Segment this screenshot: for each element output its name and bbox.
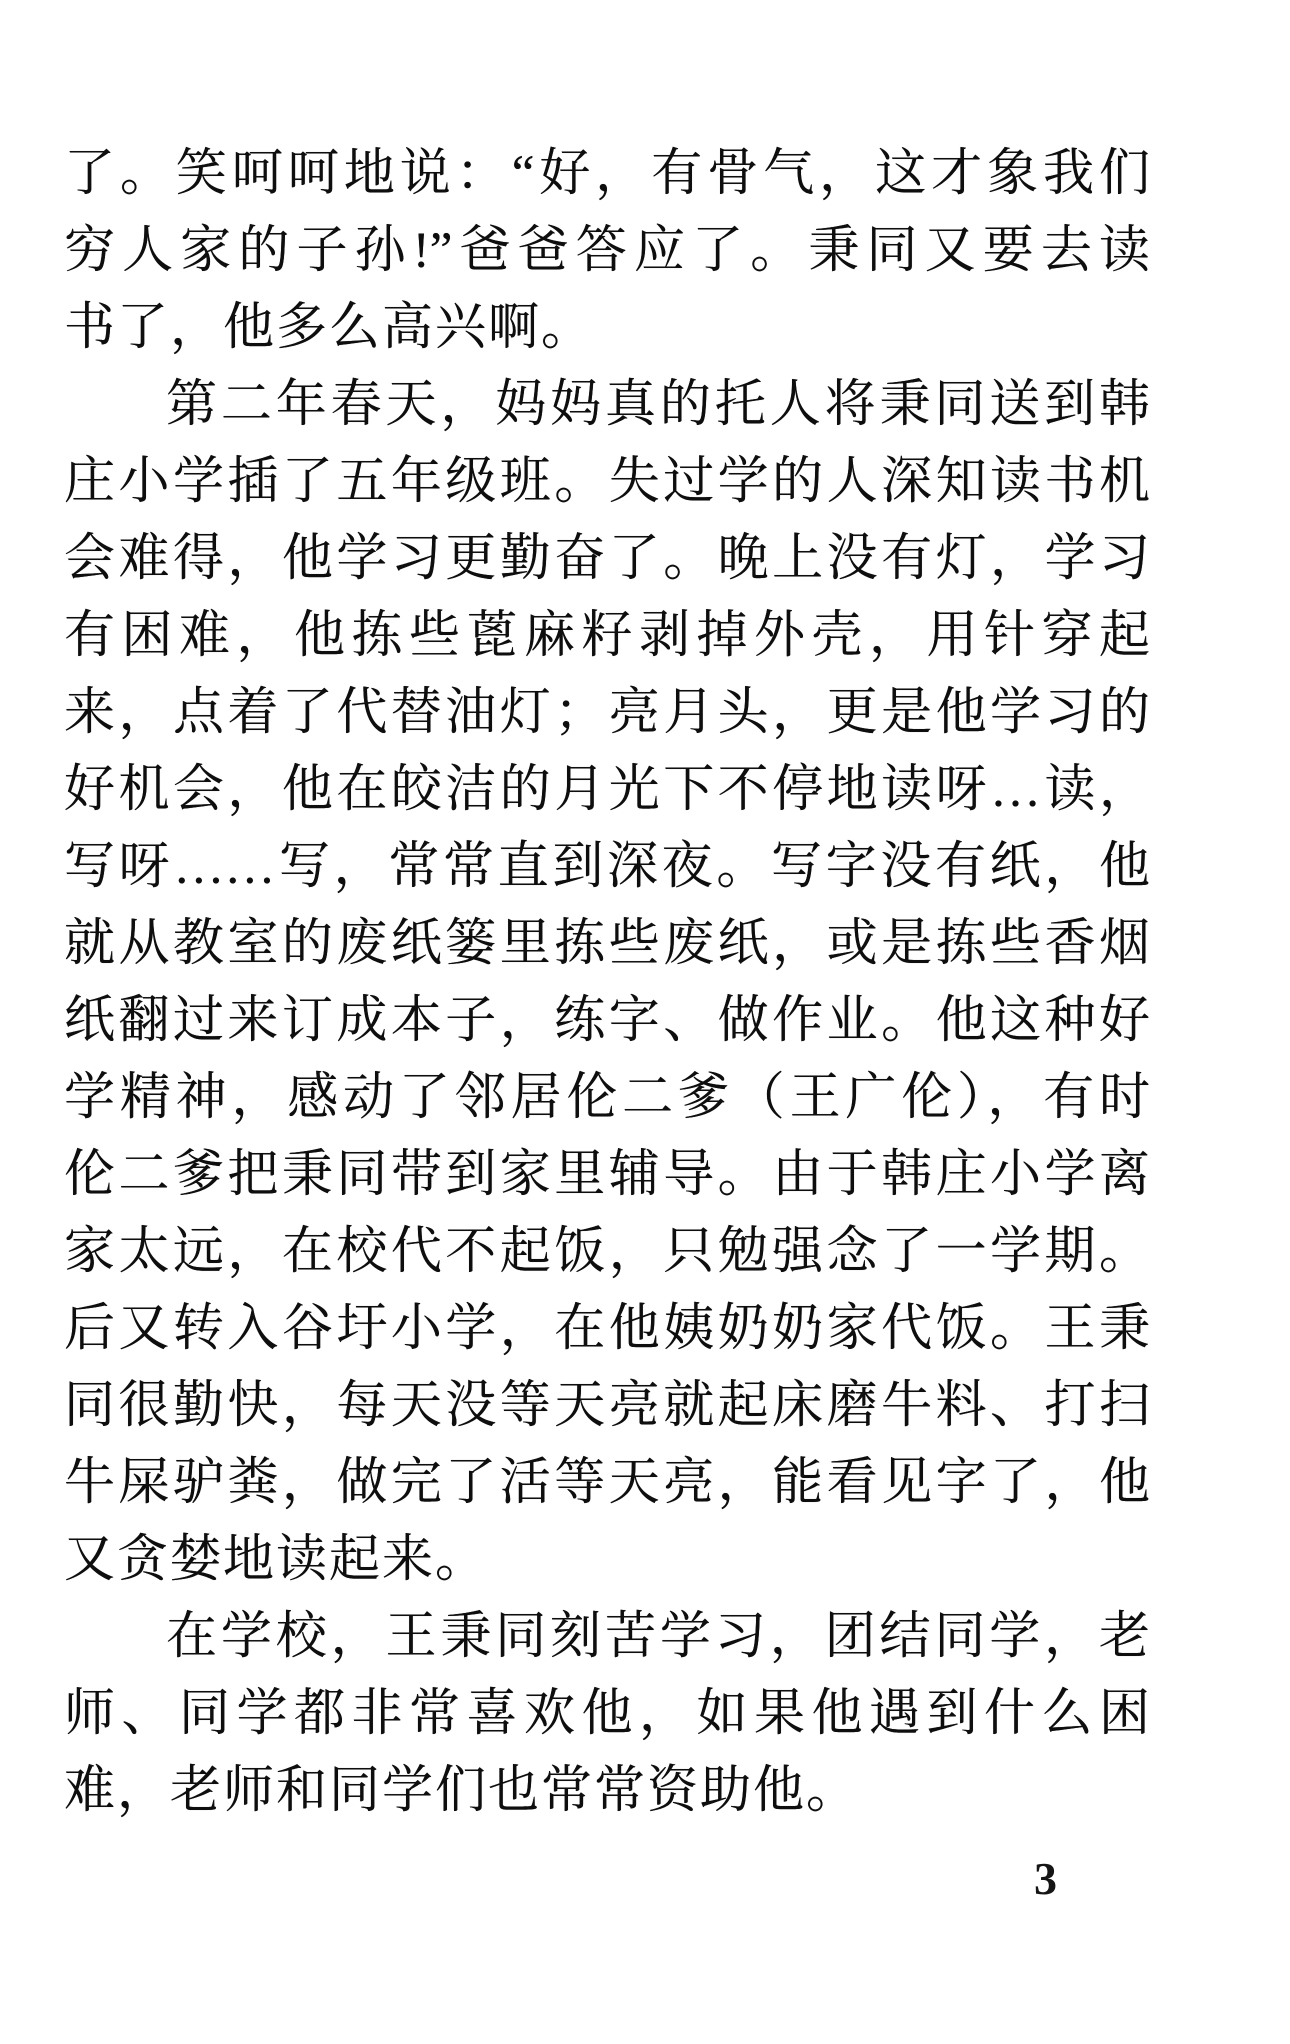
text-line: 又贪婪地读起来。: [64, 1522, 1150, 1599]
text-line: 来，点着了代替油灯；亮月头，更是他学习的: [64, 675, 1150, 752]
scanned-book-page: 了。笑呵呵地说：“好，有骨气，这才象我们 穷人家的子孙!”爸爸答应了。秉同又要去…: [0, 0, 1290, 2044]
text-line: 师、同学都非常喜欢他，如果他遇到什么困: [64, 1676, 1150, 1753]
text-line: 同很勤快，每天没等天亮就起床磨牛料、打扫: [64, 1368, 1150, 1445]
text-line: 难，老师和同学们也常常资助他。: [64, 1753, 1150, 1830]
text-line: 后又转入谷圩小学，在他姨奶奶家代饭。王秉: [64, 1291, 1150, 1368]
text-line: 学精神，感动了邻居伦二爹（王广伦），有时: [64, 1060, 1150, 1137]
text-line: 穷人家的子孙!”爸爸答应了。秉同又要去读: [64, 213, 1150, 290]
text-line: 庄小学插了五年级班。失过学的人深知读书机: [64, 444, 1150, 521]
text-line: 写呀……写，常常直到深夜。写字没有纸，他: [64, 829, 1150, 906]
body-text: 了。笑呵呵地说：“好，有骨气，这才象我们 穷人家的子孙!”爸爸答应了。秉同又要去…: [64, 136, 1150, 1830]
text-line: 会难得，他学习更勤奋了。晚上没有灯，学习: [64, 521, 1150, 598]
text-line: 好机会，他在皎洁的月光下不停地读呀…读，: [64, 752, 1150, 829]
text-line: 家太远，在校代不起饭，只勉强念了一学期。: [64, 1214, 1150, 1291]
text-line: 伦二爹把秉同带到家里辅导。由于韩庄小学离: [64, 1137, 1150, 1214]
text-line-paragraph-start: 在学校，王秉同刻苦学习，团结同学，老: [64, 1599, 1150, 1676]
text-line-paragraph-start: 第二年春天，妈妈真的托人将秉同送到韩: [64, 367, 1150, 444]
text-line: 牛屎驴粪，做完了活等天亮，能看见字了，他: [64, 1445, 1150, 1522]
text-line: 有困难，他拣些蓖麻籽剥掉外壳，用针穿起: [64, 598, 1150, 675]
text-line: 了。笑呵呵地说：“好，有骨气，这才象我们: [64, 136, 1150, 213]
text-line: 纸翻过来订成本子，练字、做作业。他这种好: [64, 983, 1150, 1060]
text-line: 就从教室的废纸篓里拣些废纸，或是拣些香烟: [64, 906, 1150, 983]
text-line: 书了，他多么高兴啊。: [64, 290, 1150, 367]
page-number: 3: [1034, 1854, 1057, 1904]
